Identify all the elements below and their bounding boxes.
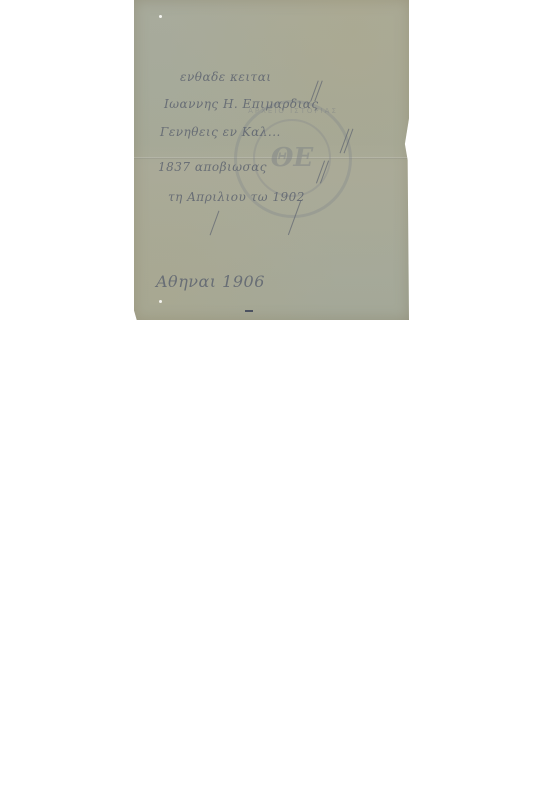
paper-speck xyxy=(159,300,162,303)
handwritten-line-2: Ιωαννης Η. Επιμαρδιας xyxy=(164,97,319,111)
paper-speck xyxy=(159,15,162,18)
handwritten-line-3: Γενηθεις εν Καλ... xyxy=(160,125,281,139)
handwritten-line-4: 1837 αποβιωσας xyxy=(158,160,267,174)
handwritten-line-5: τη Απριλιου τω 1902 xyxy=(168,190,305,204)
scanned-document: ΑΡΧΕΙΟ ΙΣΤΟΡΙΑΣ ΘΕ ενθαδε κειται Ιωαννης… xyxy=(134,0,409,320)
pencil-stroke xyxy=(210,211,220,236)
pencil-underline xyxy=(245,310,253,312)
handwritten-signature-date: Αθηναι 1906 xyxy=(156,272,265,291)
handwritten-line-1: ενθαδε κειται xyxy=(180,70,272,84)
